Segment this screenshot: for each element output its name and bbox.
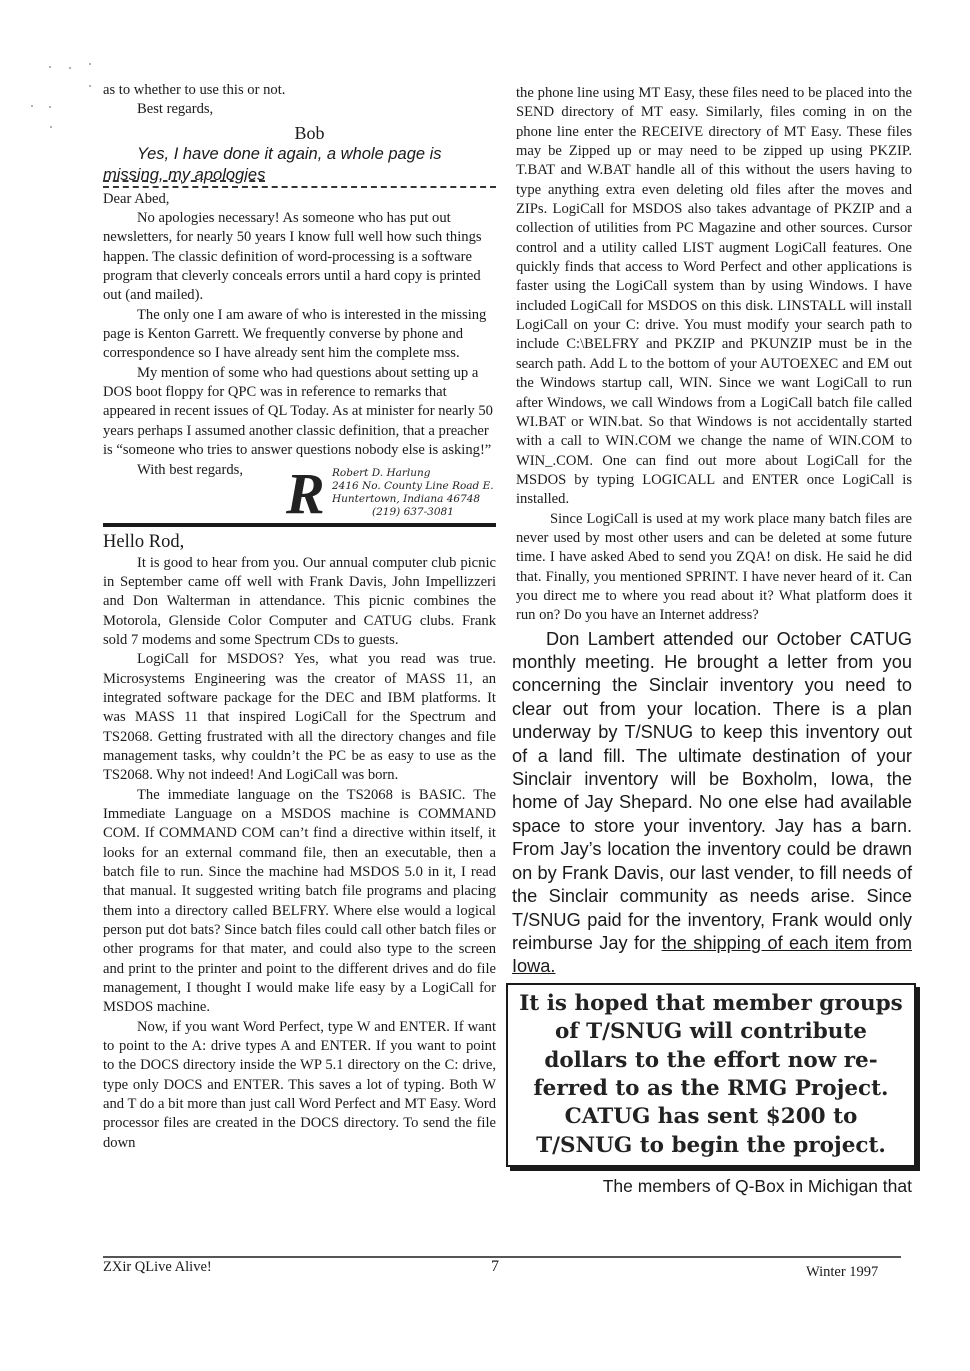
editor-note-line-1: Yes, I have done it again, a whole page … <box>103 144 496 165</box>
callout-line: CATUG has sent $200 to <box>512 1103 910 1131</box>
signature-bob: Bob <box>103 122 496 144</box>
sans-paragraph-body: Don Lambert attended our October CATUG m… <box>512 629 912 953</box>
footer-publication: ZXir QLive Alive! <box>103 1257 212 1277</box>
closing-best-regards: Best regards, <box>103 100 496 119</box>
callout-box: It is hoped that member groups of T/SNUG… <box>506 983 916 1167</box>
callout-line: It is hoped that member groups <box>512 990 910 1018</box>
callout-line: dollars to the effort now re- <box>512 1047 910 1075</box>
paragraph: Now, if you want Word Perfect, type W an… <box>103 1018 496 1153</box>
paragraph: Since LogiCall is used at my work place … <box>516 510 912 626</box>
paragraph: The only one I am aware of who is intere… <box>103 306 496 364</box>
callout-line: T/SNUG to begin the project. <box>512 1132 910 1160</box>
paragraph: LogiCall for MSDOS? Yes, what you read w… <box>103 650 496 785</box>
closing-with-best-regards: With best regards, <box>137 461 243 480</box>
opening-line: as to whether to use this or not. <box>103 81 496 100</box>
letterhead-address: Robert D. Harlung 2416 No. County Line R… <box>332 467 494 519</box>
paragraph: My mention of some who had questions abo… <box>103 364 496 461</box>
paragraph: The immediate language on the TS2068 is … <box>103 786 496 1018</box>
sans-paragraph: Don Lambert attended our October CATUG m… <box>512 628 912 979</box>
salutation-dear-abed: Dear Abed, <box>103 190 496 209</box>
editor-note-line-2: missing, my apologies <box>103 165 496 188</box>
newsletter-page: as to whether to use this or not. Best r… <box>0 0 970 1371</box>
callout-line: of T/SNUG will contribute <box>512 1018 910 1046</box>
right-column: the phone line using MT Easy, these file… <box>516 84 912 1196</box>
left-column: as to whether to use this or not. Best r… <box>103 81 496 1153</box>
monogram-r-logo: R <box>286 465 325 523</box>
callout-line: ferred to as the RMG Project. <box>512 1075 910 1103</box>
paragraph: It is good to hear from you. Our annual … <box>103 554 496 651</box>
signature-block: With best regards, R Robert D. Harlung 2… <box>103 461 496 521</box>
footer-issue: Winter 1997 <box>806 1262 878 1282</box>
trailing-line: The members of Q-Box in Michigan that <box>516 1176 912 1196</box>
paragraph: the phone line using MT Easy, these file… <box>516 84 912 510</box>
letterhead-address-line-2: Huntertown, Indiana 46748 <box>332 493 494 506</box>
paragraph: No apologies necessary! As someone who h… <box>103 209 496 306</box>
salutation-hello-rod: Hello Rod, <box>103 531 496 553</box>
letterhead-name: Robert D. Harlung <box>332 467 494 480</box>
letterhead-stamp: R Robert D. Harlung 2416 No. County Line… <box>286 465 496 527</box>
footer-rule <box>103 1256 901 1258</box>
letterhead-address-line-1: 2416 No. County Line Road E. <box>332 480 494 493</box>
page-number: 7 <box>491 1257 499 1277</box>
letterhead-phone: (219) 637-3081 <box>332 506 494 519</box>
